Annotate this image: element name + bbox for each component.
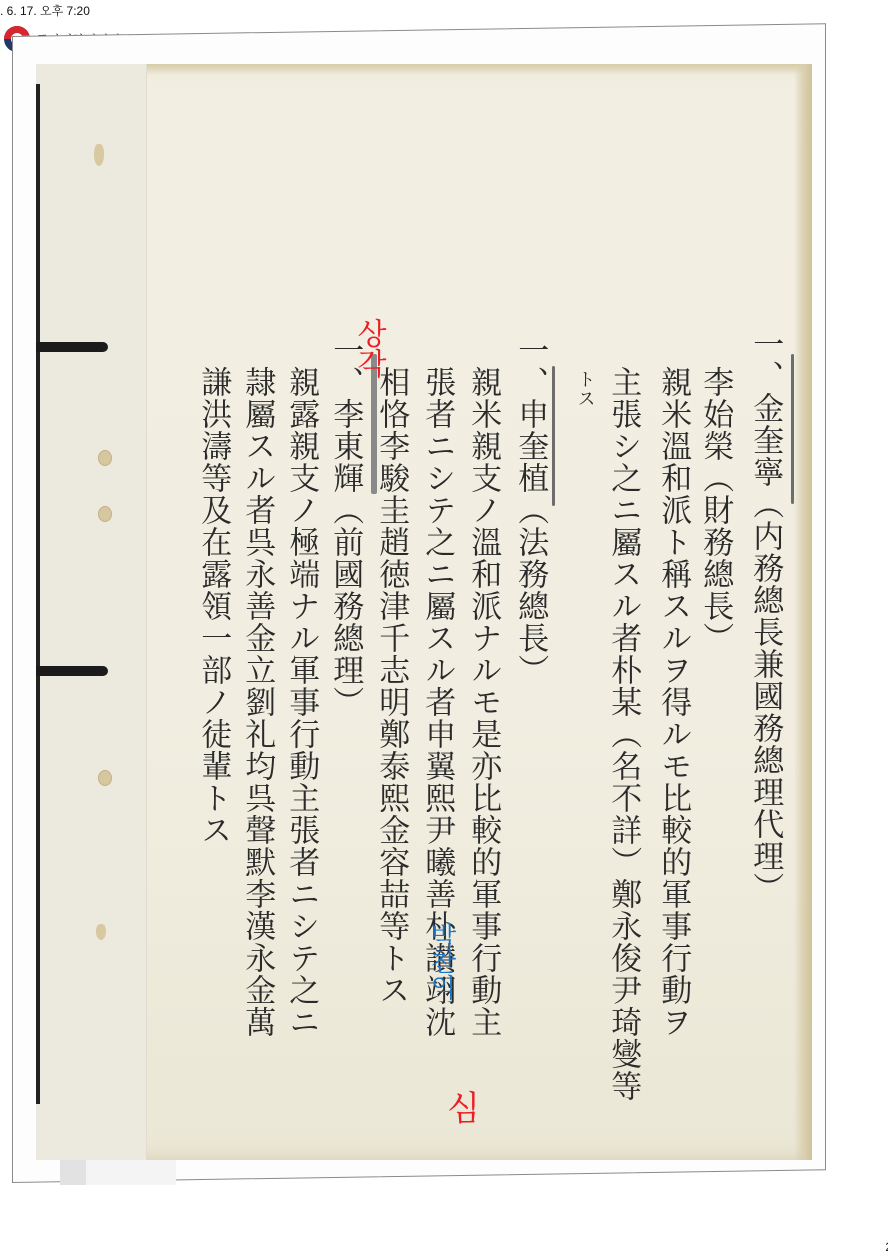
text-column: 一、李東輝（前國務總理） [326,334,363,718]
paper-edge-top [36,64,812,74]
punch-hole [98,770,112,786]
text-column: 主張シ之ニ屬スル者朴某（名不詳）鄭永俊尹琦燮等 [604,366,641,1102]
bracket-mark [791,354,794,504]
binding-strip [36,64,147,1160]
text-column: 隷屬スル者呉永善金立劉礼均呉聲默李漢永金萬 [238,366,275,1038]
binding-thread [36,342,108,352]
text-column: 親露親支ノ極端ナル軍事行動主張者ニシテ之ニ [282,366,319,1038]
handwritten-text: 一、金奎寧（内務總長兼國務總理代理） 李始榮（財務總長） 親米溫和派ト稱スルヲ得… [186,314,826,1164]
text-column: 謙洪濤等及在露領一部ノ徒輩トス [194,366,231,846]
annotation-red: 상각 [353,318,383,378]
text-column: 親米溫和派ト稱スルヲ得ルモ比較的軍事行動ヲ [654,366,691,1038]
punch-hole [98,506,112,522]
binding-edge [36,84,40,1104]
binding-thread [36,666,108,676]
paper-tear [96,924,106,940]
text-column: トス [574,370,596,408]
annotation-blue: 박찬익 [428,922,454,1000]
text-column: 李始榮（財務總長） [696,366,733,654]
punch-hole [98,450,112,466]
print-timestamp: . 6. 17. 오후 7:20 [0,2,90,19]
annotation-red: 심 [443,1090,477,1124]
text-column: 相恪李駿圭趙徳津千志明鄭泰熙金容喆等トス [372,366,409,1006]
text-column: 親米親支ノ溫和派ナルモ是亦比較的軍事行動主 [464,366,501,1038]
text-column: 一、申奎植（法務總長） [511,334,548,686]
scanned-document: 一、金奎寧（内務總長兼國務總理代理） 李始榮（財務總長） 親米溫和派ト稱スルヲ得… [36,64,812,1160]
paper-tear [94,144,104,166]
bracket-mark [552,366,555,506]
text-column: 一、金奎寧（内務總長兼國務總理代理） [746,328,783,904]
